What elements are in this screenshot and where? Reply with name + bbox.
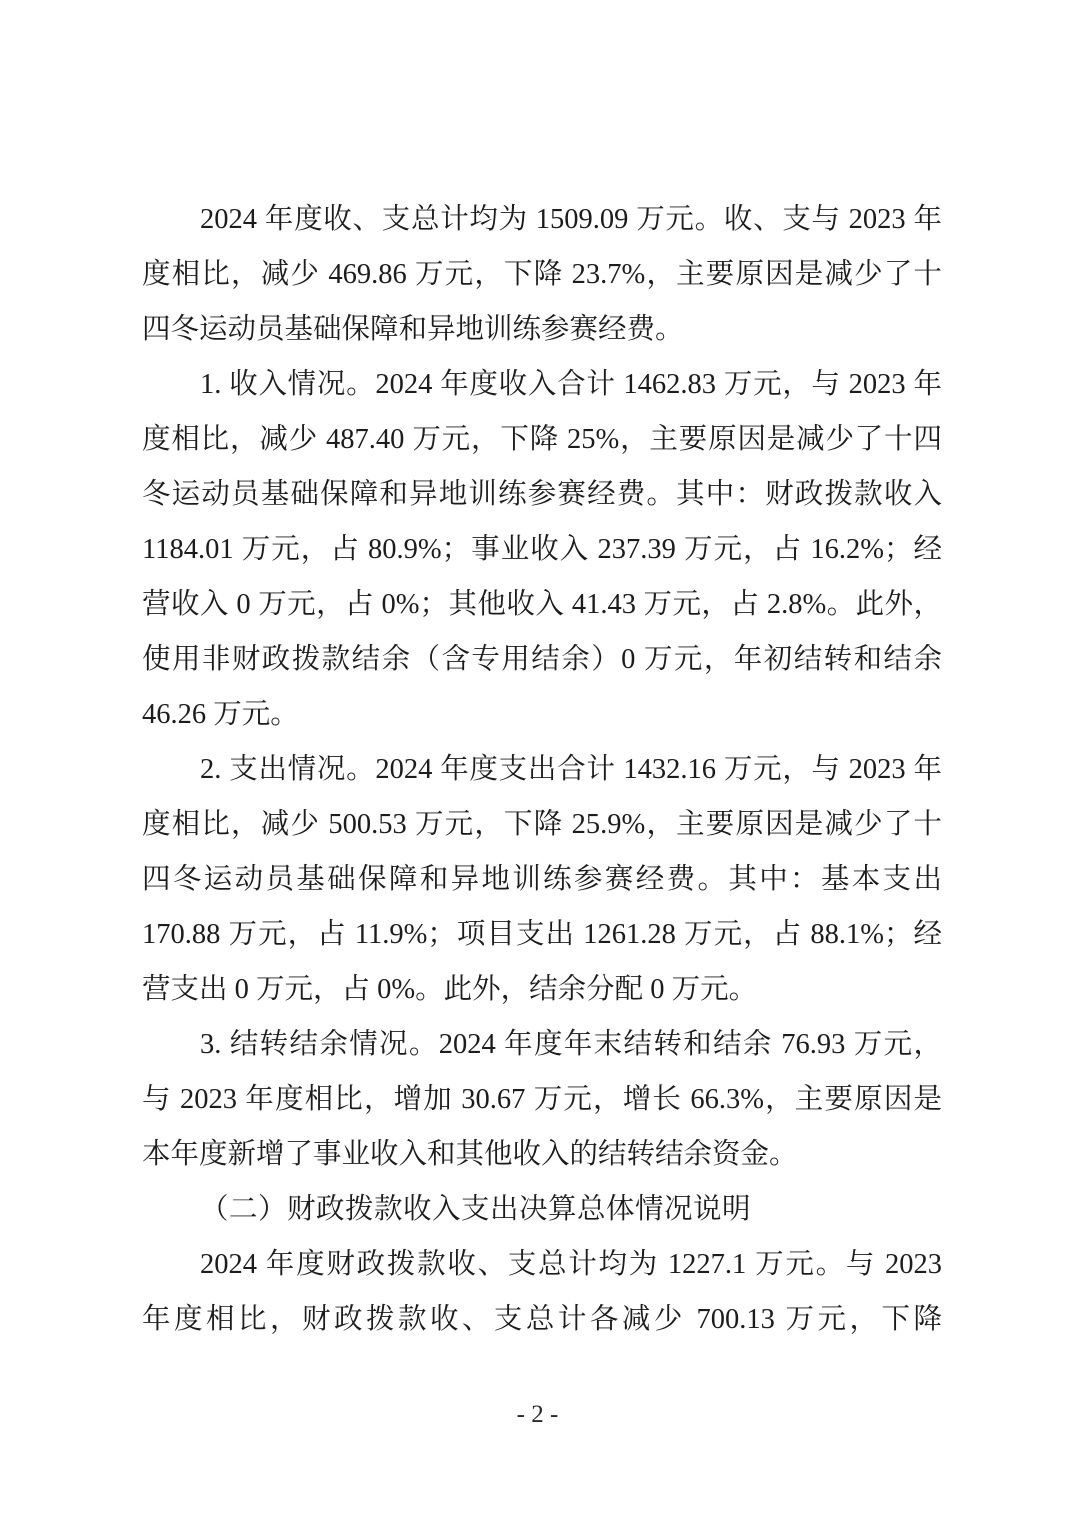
text-line: 3. 结转结余情况。2024 年度年末结转和结余 76.93 万元， <box>142 1017 942 1072</box>
page-number: - 2 - <box>0 1398 1075 1432</box>
text-line: 年度相比，财政拨款收、支总计各减少 700.13 万元，下降 36.3%。 <box>142 1292 942 1347</box>
text-line: 170.88 万元，占 11.9%；项目支出 1261.28 万元，占 88.1… <box>142 907 942 962</box>
text-line: 度相比，减少 469.86 万元，下降 23.7%，主要原因是减少了十 <box>142 247 942 302</box>
text-line: 2024 年度收、支总计均为 1509.09 万元。收、支与 2023 年 <box>142 192 942 247</box>
text-line: 营支出 0 万元，占 0%。此外，结余分配 0 万元。 <box>142 962 942 1017</box>
text-line: 四冬运动员基础保障和异地训练参赛经费。 <box>142 302 942 357</box>
text-line: 度相比，减少 487.40 万元，下降 25%，主要原因是减少了十四 <box>142 412 942 467</box>
document-body: 2024 年度收、支总计均为 1509.09 万元。收、支与 2023 年度相比… <box>142 192 942 1347</box>
text-line: 营收入 0 万元，占 0%；其他收入 41.43 万元，占 2.8%。此外， <box>142 577 942 632</box>
text-line: 1184.01 万元，占 80.9%；事业收入 237.39 万元，占 16.2… <box>142 522 942 577</box>
text-line: 使用非财政拨款结余（含专用结余）0 万元，年初结转和结余 <box>142 632 942 687</box>
text-line: 冬运动员基础保障和异地训练参赛经费。其中：财政拨款收入 <box>142 467 942 522</box>
text-line: 46.26 万元。 <box>142 687 942 742</box>
text-line: 四冬运动员基础保障和异地训练参赛经费。其中：基本支出 <box>142 852 942 907</box>
section-heading: （二）财政拨款收入支出决算总体情况说明 <box>142 1182 942 1237</box>
text-line: 2024 年度财政拨款收、支总计均为 1227.1 万元。与 2023 <box>142 1237 942 1292</box>
text-line: 与 2023 年度相比，增加 30.67 万元，增长 66.3%，主要原因是 <box>142 1072 942 1127</box>
text-line: 1. 收入情况。2024 年度收入合计 1462.83 万元，与 2023 年 <box>142 357 942 412</box>
document-page: 2024 年度收、支总计均为 1509.09 万元。收、支与 2023 年度相比… <box>0 0 1075 1520</box>
text-line: 本年度新增了事业收入和其他收入的结转结余资金。 <box>142 1127 942 1182</box>
text-line: 2. 支出情况。2024 年度支出合计 1432.16 万元，与 2023 年 <box>142 742 942 797</box>
text-line: 度相比，减少 500.53 万元，下降 25.9%，主要原因是减少了十 <box>142 797 942 852</box>
